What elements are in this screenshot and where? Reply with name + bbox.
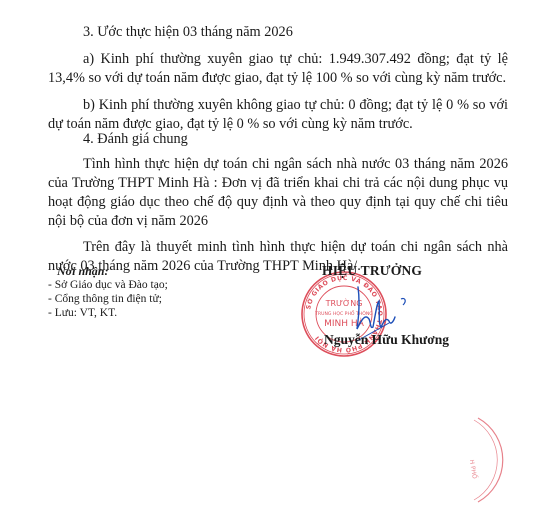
- section-3-item-a: a) Kinh phí thường xuyên giao tự chủ: 1.…: [48, 50, 508, 88]
- recipient-item: - Sở Giáo dục và Đào tạo;: [48, 278, 168, 292]
- assessment-text: Tình hình thực hiện dự toán chi ngân sác…: [48, 156, 508, 229]
- section-4-heading: 4. Đánh giá chung: [83, 130, 188, 149]
- document-page: 3. Ước thực hiện 03 tháng năm 2026 a) Ki…: [0, 0, 534, 514]
- recipient-item: - Cổng thông tin điện tử;: [48, 292, 168, 306]
- item-b-text: b) Kinh phí thường xuyên không giao tự c…: [48, 97, 508, 132]
- signer-name: Nguyễn Hữu Khương: [324, 332, 449, 348]
- item-a-text: a) Kinh phí thường xuyên giao tự chủ: 1.…: [48, 51, 508, 86]
- section-3-heading: 3. Ước thực hiện 03 tháng năm 2026: [83, 23, 293, 42]
- section-3-item-b: b) Kinh phí thường xuyên không giao tự c…: [48, 96, 508, 134]
- recipients-block: Nơi nhận: - Sở Giáo dục và Đào tạo; - Cổ…: [48, 264, 168, 320]
- signer-title: HIỆU TRƯỞNG: [322, 263, 422, 279]
- recipient-item: - Lưu: VT, KT.: [48, 306, 168, 320]
- section-4-paragraph: Tình hình thực hiện dự toán chi ngân sác…: [48, 155, 508, 231]
- svg-text:H PHỐ: H PHỐ: [470, 459, 479, 480]
- recipients-title: Nơi nhận:: [48, 264, 168, 278]
- partial-stamp-icon: H PHỐ: [470, 410, 534, 510]
